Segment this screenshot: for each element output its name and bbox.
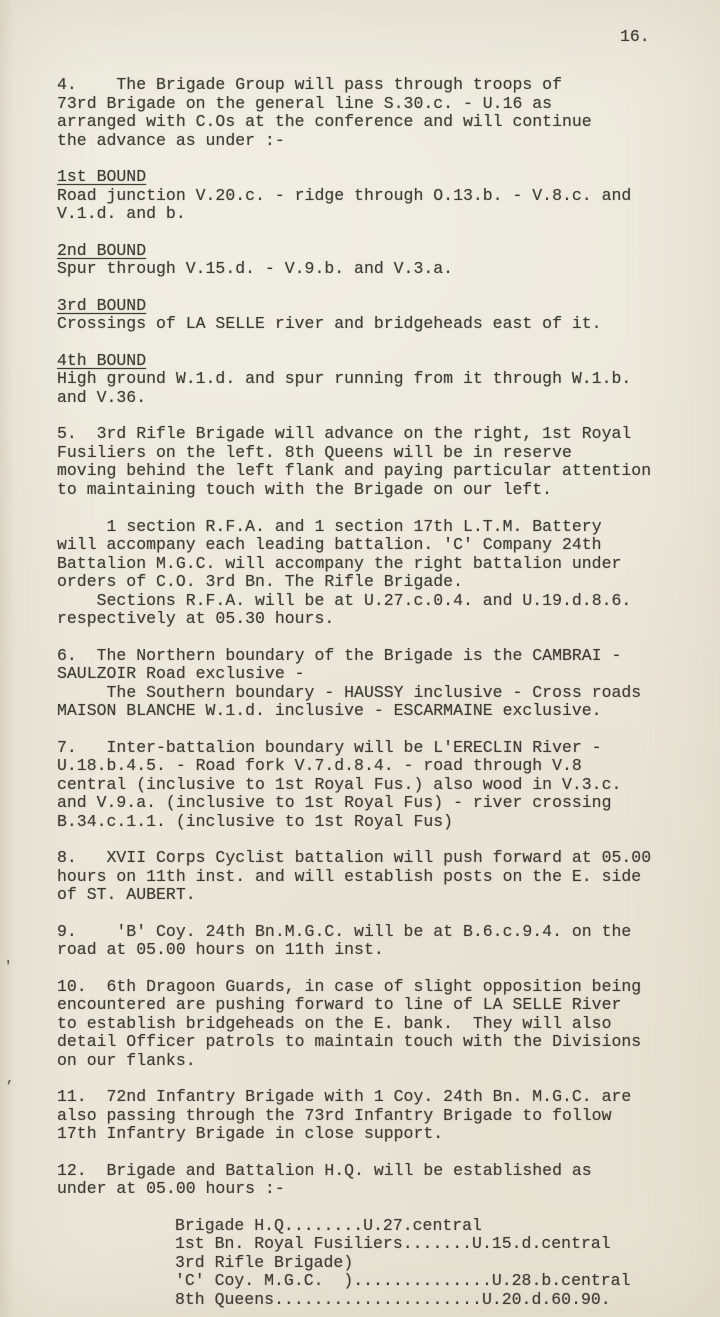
- scan-artifact: ': [4, 958, 12, 977]
- paragraph-10: 10. 6th Dragoon Guards, in case of sligh…: [57, 978, 690, 1071]
- paragraph-8: 8. XVII Corps Cyclist battalion will pus…: [57, 849, 690, 905]
- page-number: 16.: [620, 28, 650, 47]
- bound-2: 2nd BOUND Spur through V.15.d. - V.9.b. …: [57, 242, 690, 279]
- document-page: 16. 4. The Brigade Group will pass throu…: [0, 0, 720, 1317]
- paragraph-5: 5. 3rd Rifle Brigade will advance on the…: [57, 425, 690, 629]
- bound-1: 1st BOUND Road junction V.20.c. - ridge …: [57, 168, 690, 224]
- bound-4-body: High ground W.1.d. and spur running from…: [57, 370, 690, 407]
- paragraph-12: 12. Brigade and Battalion H.Q. will be e…: [57, 1162, 690, 1199]
- bound-3-heading: 3rd BOUND: [57, 297, 690, 316]
- paragraph-4: 4. The Brigade Group will pass through t…: [57, 76, 690, 150]
- hq-locations-list: Brigade H.Q........U.27.central 1st Bn. …: [175, 1217, 690, 1310]
- paragraph-7: 7. Inter-battalion boundary will be L'ER…: [57, 739, 690, 832]
- paragraph-9: 9. 'B' Coy. 24th Bn.M.G.C. will be at B.…: [57, 923, 690, 960]
- scan-artifact: ,: [6, 1070, 14, 1089]
- bound-2-body: Spur through V.15.d. - V.9.b. and V.3.a.: [57, 260, 690, 279]
- bound-2-heading: 2nd BOUND: [57, 242, 690, 261]
- bound-3: 3rd BOUND Crossings of LA SELLE river an…: [57, 297, 690, 334]
- paragraph-11: 11. 72nd Infantry Brigade with 1 Coy. 24…: [57, 1088, 690, 1144]
- paragraph-6: 6. The Northern boundary of the Brigade …: [57, 647, 690, 721]
- bound-1-heading: 1st BOUND: [57, 168, 690, 187]
- bound-4: 4th BOUND High ground W.1.d. and spur ru…: [57, 352, 690, 408]
- bound-1-body: Road junction V.20.c. - ridge through O.…: [57, 187, 690, 224]
- bound-3-body: Crossings of LA SELLE river and bridgehe…: [57, 315, 690, 334]
- bound-4-heading: 4th BOUND: [57, 352, 690, 371]
